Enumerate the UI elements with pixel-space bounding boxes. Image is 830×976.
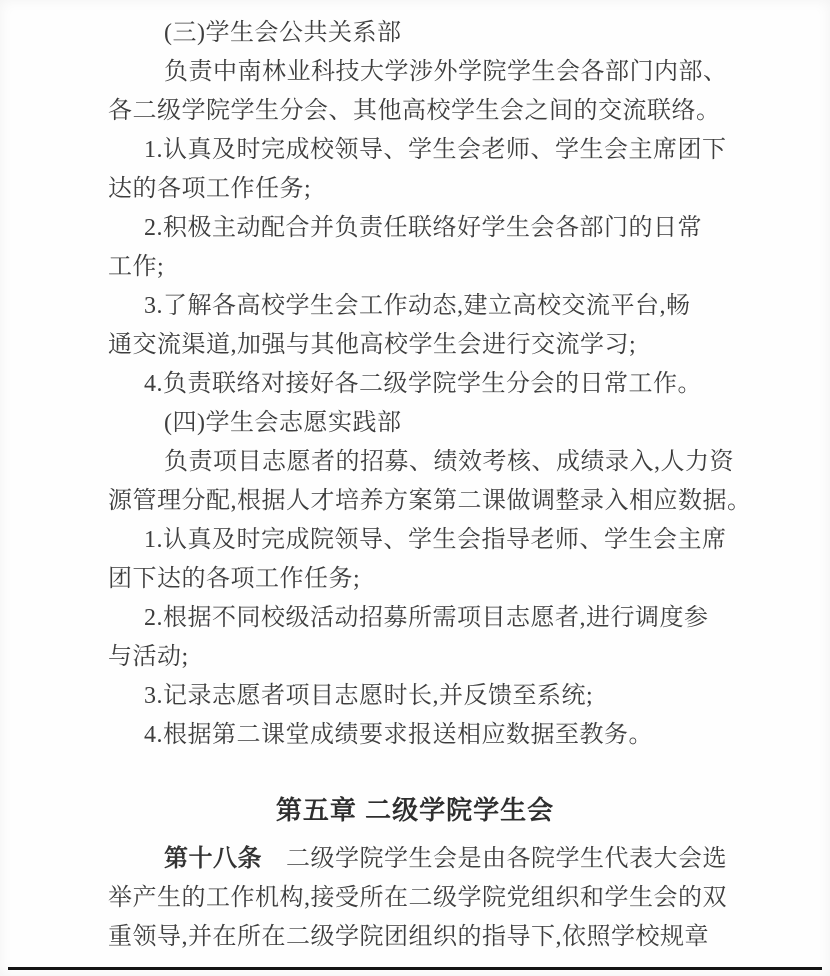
document-page: (三)学生会公共关系部负责中南林业科技大学涉外学院学生会各部门内部、各二级学院学… (0, 0, 830, 976)
document-line: 第十八条二级学院学生会是由各院学生代表大会选 (108, 840, 722, 879)
document-line: 源管理分配,根据人才培养方案第二课做调整录入相应数据。 (108, 482, 722, 521)
document-line: 团下达的各项工作任务; (108, 560, 722, 599)
document-body: (三)学生会公共关系部负责中南林业科技大学涉外学院学生会各部门内部、各二级学院学… (108, 14, 722, 957)
document-line: 负责中南林业科技大学涉外学院学生会各部门内部、 (108, 53, 722, 92)
document-line: 3.了解各高校学生会工作动态,建立高校交流平台,畅 (108, 287, 722, 326)
chapter-heading: 第五章 二级学院学生会 (108, 787, 722, 833)
document-line: (三)学生会公共关系部 (108, 14, 722, 53)
document-line: 1.认真及时完成校领导、学生会老师、学生会主席团下 (108, 131, 722, 170)
document-line: 通交流渠道,加强与其他高校学生会进行交流学习; (108, 326, 722, 365)
document-line: 3.记录志愿者项目志愿时长,并反馈至系统; (108, 677, 722, 716)
document-line: 负责项目志愿者的招募、绩效考核、成绩录入,人力资 (108, 443, 722, 482)
document-line: (四)学生会志愿实践部 (108, 404, 722, 443)
page-bottom-rule (8, 967, 822, 970)
document-line: 重领导,并在所在二级学院团组织的指导下,依照学校规章 (108, 918, 722, 957)
document-line: 达的各项工作任务; (108, 170, 722, 209)
article-text: 二级学院学生会是由各院学生代表大会选 (286, 846, 727, 872)
document-line: 举产生的工作机构,接受所在二级学院党组织和学生会的双 (108, 879, 722, 918)
document-line: 各二级学院学生分会、其他高校学生会之间的交流联络。 (108, 92, 722, 131)
document-line: 4.负责联络对接好各二级学院学生分会的日常工作。 (108, 365, 722, 404)
document-line: 2.积极主动配合并负责任联络好学生会各部门的日常 (108, 209, 722, 248)
document-line: 2.根据不同校级活动招募所需项目志愿者,进行调度参 (108, 599, 722, 638)
document-line: 1.认真及时完成院领导、学生会指导老师、学生会主席 (108, 521, 722, 560)
document-line: 与活动; (108, 638, 722, 677)
article-number: 第十八条 (164, 846, 262, 872)
document-line: 4.根据第二课堂成绩要求报送相应数据至教务。 (108, 716, 722, 755)
document-line: 工作; (108, 248, 722, 287)
